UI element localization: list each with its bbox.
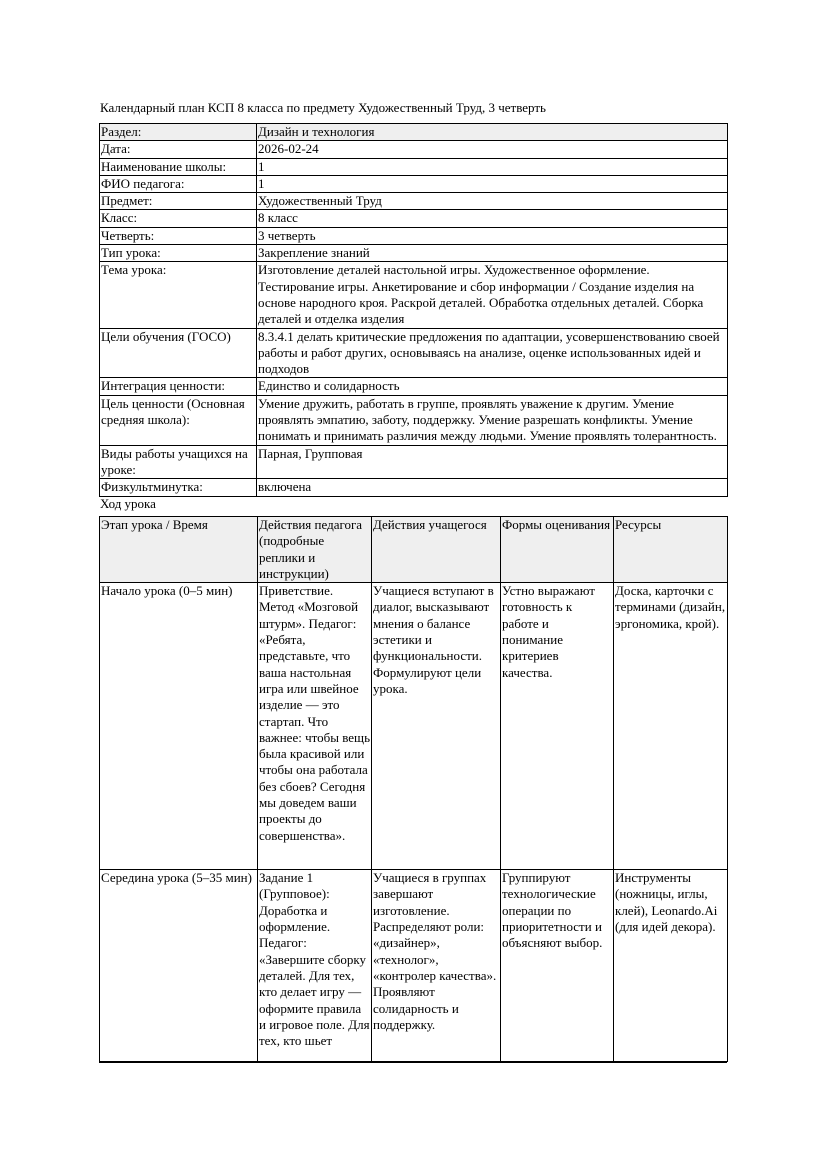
cell-student-actions: Учащиеся вступают в диалог, высказывают … [372, 583, 501, 870]
info-label: Дата: [100, 141, 257, 158]
info-label: Класс: [100, 210, 257, 227]
cell-student-actions: Учащиеся в группах завершают изготовлени… [372, 870, 501, 1062]
info-value: Изготовление деталей настольной игры. Ху… [257, 262, 728, 328]
cell-resources: Доска, карточки с терминами (дизайн, эрг… [614, 583, 728, 870]
info-label: Наименование школы: [100, 158, 257, 175]
info-value: Умение дружить, работать в группе, прояв… [257, 395, 728, 445]
info-label: Физкультминутка: [100, 479, 257, 496]
header-assessment: Формы оценивания [501, 517, 614, 583]
lesson-info-table: Раздел: Дизайн и технология Дата: 2026-0… [99, 123, 728, 497]
header-resources: Ресурсы [614, 517, 728, 583]
info-value: Закрепление знаний [257, 245, 728, 262]
page-break-border [99, 1062, 727, 1063]
info-value: включена [257, 479, 728, 496]
info-row-value-integration: Интеграция ценности: Единство и солидарн… [100, 378, 728, 395]
info-label: Тип урока: [100, 245, 257, 262]
lesson-table-header-row: Этап урока / Время Действия педагога (по… [100, 517, 728, 583]
info-row-phys-minute: Физкультминутка: включена [100, 479, 728, 496]
info-value: Парная, Групповая [257, 445, 728, 479]
info-value: Дизайн и технология [257, 124, 728, 141]
cell-stage: Середина урока (5–35 мин) [100, 870, 258, 1062]
lesson-flow-table-container: Этап урока / Время Действия педагога (по… [99, 516, 728, 1063]
info-row-learning-goals: Цели обучения (ГОСО) 8.3.4.1 делать крит… [100, 328, 728, 378]
info-value: Художественный Труд [257, 193, 728, 210]
cell-resources: Инструменты (ножницы, иглы, клей), Leona… [614, 870, 728, 1062]
info-row-topic: Тема урока: Изготовление деталей настоль… [100, 262, 728, 328]
info-row-section: Раздел: Дизайн и технология [100, 124, 728, 141]
info-row-subject: Предмет: Художественный Труд [100, 193, 728, 210]
info-row-quarter: Четверть: 3 четверть [100, 227, 728, 244]
info-label: Цели обучения (ГОСО) [100, 328, 257, 378]
section-heading-lesson-flow: Ход урока [100, 496, 156, 512]
table-row: Начало урока (0–5 мин) Приветствие. Мето… [100, 583, 728, 870]
cell-assessment: Устно выражают готовность к работе и пон… [501, 583, 614, 870]
info-value: 8.3.4.1 делать критические предложения п… [257, 328, 728, 378]
cell-teacher-actions: Приветствие. Метод «Мозговой штурм». Пед… [258, 583, 372, 870]
info-label: Виды работы учащихся на уроке: [100, 445, 257, 479]
document-title: Календарный план КСП 8 класса по предмет… [100, 100, 546, 116]
info-value: 1 [257, 175, 728, 192]
info-label: Раздел: [100, 124, 257, 141]
info-value: 3 четверть [257, 227, 728, 244]
header-stage: Этап урока / Время [100, 517, 258, 583]
info-row-value-goal: Цель ценности (Основная средняя школа): … [100, 395, 728, 445]
info-row-teacher: ФИО педагога: 1 [100, 175, 728, 192]
cell-teacher-actions: Задание 1 (Групповое): Доработка и оформ… [258, 870, 372, 1062]
info-label: Интеграция ценности: [100, 378, 257, 395]
info-label: Тема урока: [100, 262, 257, 328]
cell-stage: Начало урока (0–5 мин) [100, 583, 258, 870]
info-row-date: Дата: 2026-02-24 [100, 141, 728, 158]
info-value: 2026-02-24 [257, 141, 728, 158]
header-teacher-actions: Действия педагога (подробные реплики и и… [258, 517, 372, 583]
info-label: Четверть: [100, 227, 257, 244]
info-row-lesson-type: Тип урока: Закрепление знаний [100, 245, 728, 262]
cell-assessment: Группируют технологические операции по п… [501, 870, 614, 1062]
info-row-grade: Класс: 8 класс [100, 210, 728, 227]
lesson-flow-table: Этап урока / Время Действия педагога (по… [99, 516, 728, 1062]
table-row: Середина урока (5–35 мин) Задание 1 (Гру… [100, 870, 728, 1062]
info-value: 1 [257, 158, 728, 175]
info-label: ФИО педагога: [100, 175, 257, 192]
info-row-school: Наименование школы: 1 [100, 158, 728, 175]
info-label: Предмет: [100, 193, 257, 210]
info-row-work-types: Виды работы учащихся на уроке: Парная, Г… [100, 445, 728, 479]
info-label: Цель ценности (Основная средняя школа): [100, 395, 257, 445]
info-value: 8 класс [257, 210, 728, 227]
header-student-actions: Действия учащегося [372, 517, 501, 583]
info-value: Единство и солидарность [257, 378, 728, 395]
